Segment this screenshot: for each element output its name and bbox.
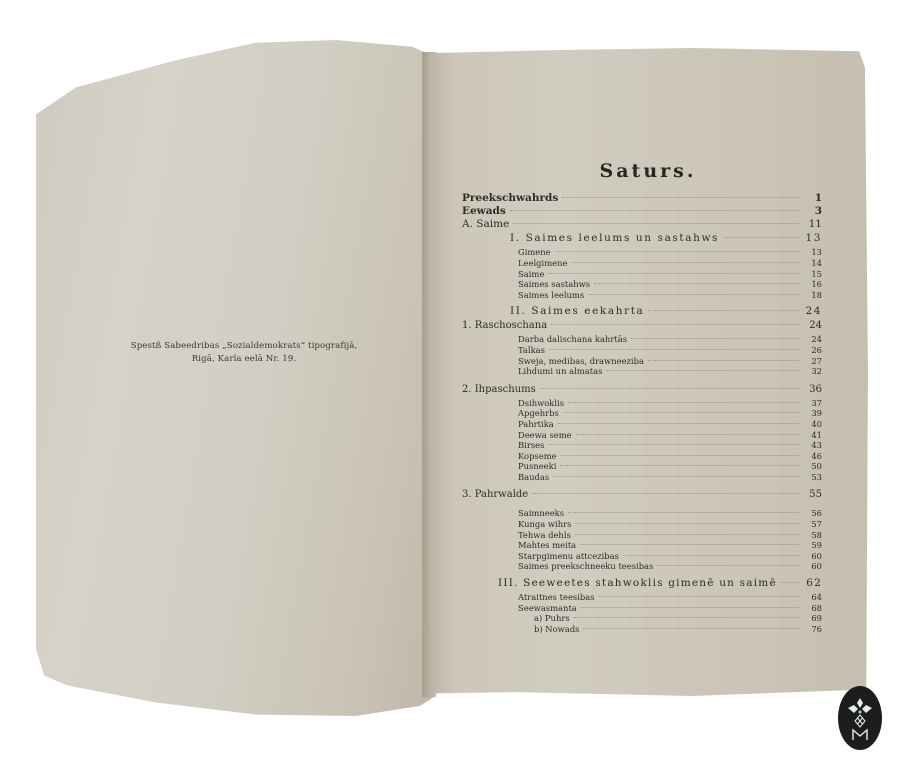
watermark-logo <box>838 686 882 750</box>
toc-entry-page: 1 <box>804 192 822 204</box>
leader-dots <box>560 465 800 466</box>
toc-entry: Swejа, medibas, drawneeziba27 <box>462 356 822 367</box>
toc-entry-page: 57 <box>804 519 822 529</box>
toc-entry-page: 13 <box>804 247 822 257</box>
leader-dots <box>594 283 800 284</box>
toc-entry-label: Darba dalischana kahrtās <box>518 334 627 344</box>
toc-entry: a) Puhrs69 <box>462 613 822 624</box>
leader-dots <box>563 412 800 413</box>
leader-dots <box>571 262 800 263</box>
toc-entry-label: Pusneeki <box>518 461 556 471</box>
toc-entry-label: II. Saimes eekahrta <box>510 305 644 317</box>
toc-entry-label: Eewads <box>462 205 506 217</box>
toc-entry-label: Lihdumi un almatas <box>518 366 602 376</box>
toc-entry: Atraitnes teesibas64 <box>462 592 822 603</box>
leader-dots <box>558 423 800 424</box>
leader-dots <box>623 555 800 556</box>
toc-entry-label: Tehwa dehls <box>518 530 571 540</box>
leader-dots <box>549 349 800 350</box>
toc-entry-label: Starpgimenu attcezibas <box>518 551 619 561</box>
toc-entry-label: Preekschwahrds <box>462 192 558 204</box>
toc-entry: Leelgimene14 <box>462 258 822 269</box>
leader-dots <box>532 493 800 494</box>
leader-dots <box>631 338 800 339</box>
toc-entry-label: b) Nowads <box>534 624 579 634</box>
toc-entry-page: 60 <box>804 561 822 571</box>
toc-entry-page: 13 <box>804 232 822 244</box>
toc-entry: b) Nowads76 <box>462 624 822 635</box>
toc-title: Saturs. <box>428 160 868 182</box>
toc-entry-page: 41 <box>804 430 822 440</box>
toc-entry: II. Saimes eekahrta24 <box>462 305 822 320</box>
toc-entry-page: 39 <box>804 408 822 418</box>
leader-dots <box>599 596 800 597</box>
toc-entry: Deewa seme41 <box>462 430 822 441</box>
leader-dots <box>574 617 800 618</box>
leader-dots <box>548 273 800 274</box>
toc-entry-page: 26 <box>804 345 822 355</box>
leader-dots <box>568 512 800 513</box>
toc-entry-label: a) Puhrs <box>534 613 570 623</box>
toc-entry: Saime15 <box>462 269 822 280</box>
leader-dots <box>781 582 800 583</box>
toc-entry-page: 36 <box>804 384 822 395</box>
toc-entry-label: Gimene <box>518 247 551 257</box>
leader-dots <box>540 388 800 389</box>
toc-entry-label: Talkas <box>518 345 545 355</box>
toc-entry: Saimes preekschneeku teesibas60 <box>462 561 822 572</box>
leader-dots <box>648 360 800 361</box>
toc-entry-page: 24 <box>804 305 822 317</box>
toc-entry-page: 37 <box>804 398 822 408</box>
leader-dots <box>588 294 800 295</box>
open-book: Spestß Sabeedribas „Sozialdemokrats“ tip… <box>0 0 899 768</box>
leader-dots <box>561 455 800 456</box>
toc-entry: Pusneeki50 <box>462 461 822 472</box>
toc-entry-page: 53 <box>804 472 822 482</box>
toc-entry: Saimes leelums18 <box>462 290 822 301</box>
toc-entry: Apgehrbs39 <box>462 408 822 419</box>
toc-entry-label: Saimes sastahws <box>518 279 590 289</box>
leader-dots <box>723 237 800 238</box>
toc-entry-label: Mahtes meita <box>518 540 576 550</box>
right-page: Saturs. Preekschwahrds1 Eewads3 A. Saime… <box>428 48 868 696</box>
toc-entry-label: I. Saimes leelums un sastahws <box>510 232 719 244</box>
toc-entry: Kunga wihrs57 <box>462 519 822 530</box>
toc-entry: Preekschwahrds1 <box>462 192 822 205</box>
diamond-ornament-m-logo-icon <box>838 686 882 750</box>
toc-entry: 1. Raschoschana24 <box>462 320 822 334</box>
leader-dots <box>580 544 800 545</box>
toc-entry-page: 24 <box>804 320 822 331</box>
leader-dots <box>555 251 800 252</box>
toc-entry-page: 15 <box>804 269 822 279</box>
toc-entry-page: 43 <box>804 440 822 450</box>
toc-entry: 2. Ihpaschums36 <box>462 384 822 398</box>
imprint-line-1: Spestß Sabeedribas „Sozialdemokrats“ tip… <box>114 340 374 353</box>
toc-entry: Eewads3 <box>462 205 822 218</box>
toc-entry-label: Saimes leelums <box>518 290 584 300</box>
toc-entry-page: 58 <box>804 530 822 540</box>
toc-entry-label: Saime <box>518 269 544 279</box>
toc-entry: Darba dalischana kahrtās24 <box>462 334 822 345</box>
toc-entry-label: Kopseme <box>518 451 557 461</box>
toc-entry-page: 68 <box>804 603 822 613</box>
leader-dots <box>576 434 800 435</box>
toc-entry: Starpgimenu attcezibas60 <box>462 551 822 562</box>
toc-entry-page: 69 <box>804 613 822 623</box>
leader-dots <box>657 565 800 566</box>
imprint-line-2: Rigā, Karla eelā Nr. 19. <box>114 353 374 366</box>
toc-entry-page: 40 <box>804 419 822 429</box>
toc-entry: 3. Pahrwalde55 <box>462 489 822 503</box>
toc-entry-label: Birses <box>518 440 544 450</box>
toc-entry: Dsihwoklis37 <box>462 398 822 409</box>
toc-entry-label: III. Seeweetes stahwoklis gimenē un saim… <box>498 577 777 589</box>
toc-entry-page: 62 <box>804 577 822 589</box>
leader-dots <box>551 324 800 325</box>
leader-dots <box>606 370 800 371</box>
toc-entry-page: 56 <box>804 508 822 518</box>
toc-entry-label: Baudas <box>518 472 549 482</box>
toc-entry: I. Saimes leelums un sastahws13 <box>462 232 822 247</box>
toc-entry-label: Leelgimene <box>518 258 567 268</box>
toc-entry-label: 1. Raschoschana <box>462 320 547 331</box>
leader-dots <box>553 476 800 477</box>
toc-entry-page: 27 <box>804 356 822 366</box>
leader-dots <box>513 223 800 224</box>
toc-entry-page: 3 <box>804 205 822 217</box>
toc-entry: Pahrtika40 <box>462 419 822 430</box>
leader-dots <box>575 534 800 535</box>
toc-entry: Lihdumi un almatas32 <box>462 366 822 377</box>
toc-entry-label: Apgehrbs <box>518 408 559 418</box>
toc-entry-label: 3. Pahrwalde <box>462 489 528 500</box>
toc-entry: Gimene13 <box>462 247 822 258</box>
toc-entry: A. Saime11 <box>462 218 822 232</box>
toc-entry-page: 55 <box>804 489 822 500</box>
toc-entry-page: 24 <box>804 334 822 344</box>
toc-entry-label: 2. Ihpaschums <box>462 384 536 395</box>
leader-dots <box>568 402 800 403</box>
leader-dots <box>583 628 800 629</box>
leader-dots <box>510 210 800 211</box>
leader-dots <box>581 607 800 608</box>
toc-entry: Kopseme46 <box>462 451 822 462</box>
toc-entry-page: 64 <box>804 592 822 602</box>
toc-entry-page: 60 <box>804 551 822 561</box>
toc-entry: Seewasmanta68 <box>462 603 822 614</box>
table-of-contents: Preekschwahrds1 Eewads3 A. Saime11 I. Sa… <box>462 192 822 634</box>
toc-entry-page: 32 <box>804 366 822 376</box>
toc-entry-label: Atraitnes teesibas <box>518 592 595 602</box>
toc-entry-label: Saimneeks <box>518 508 564 518</box>
toc-entry-page: 46 <box>804 451 822 461</box>
toc-entry-page: 14 <box>804 258 822 268</box>
toc-entry-page: 59 <box>804 540 822 550</box>
toc-entry: III. Seeweetes stahwoklis gimenē un saim… <box>462 577 822 592</box>
leader-dots <box>548 444 800 445</box>
leader-dots <box>575 523 800 524</box>
toc-entry-page: 50 <box>804 461 822 471</box>
left-page: Spestß Sabeedribas „Sozialdemokrats“ tip… <box>36 40 436 716</box>
toc-entry: Baudas53 <box>462 472 822 483</box>
toc-entry: Tehwa dehls58 <box>462 530 822 541</box>
toc-entry-page: 18 <box>804 290 822 300</box>
toc-entry-page: 76 <box>804 624 822 634</box>
toc-entry-label: Pahrtika <box>518 419 554 429</box>
toc-entry-label: Kunga wihrs <box>518 519 571 529</box>
toc-entry-label: Swejа, medibas, drawneeziba <box>518 356 644 366</box>
printer-imprint: Spestß Sabeedribas „Sozialdemokrats“ tip… <box>114 340 374 366</box>
toc-entry: Talkas26 <box>462 345 822 356</box>
toc-entry: Mahtes meita59 <box>462 540 822 551</box>
leader-dots <box>648 310 800 311</box>
toc-entry-label: Saimes preekschneeku teesibas <box>518 561 653 571</box>
toc-entry-label: Dsihwoklis <box>518 398 564 408</box>
toc-entry-label: A. Saime <box>462 218 509 230</box>
toc-entry-label: Seewasmanta <box>518 603 577 613</box>
toc-entry: Saimneeks56 <box>462 508 822 519</box>
toc-entry-page: 11 <box>804 218 822 230</box>
toc-entry-label: Deewa seme <box>518 430 572 440</box>
toc-entry: Birses43 <box>462 440 822 451</box>
leader-dots <box>562 197 800 198</box>
toc-entry-page: 16 <box>804 279 822 289</box>
toc-entry: Saimes sastahws16 <box>462 279 822 290</box>
